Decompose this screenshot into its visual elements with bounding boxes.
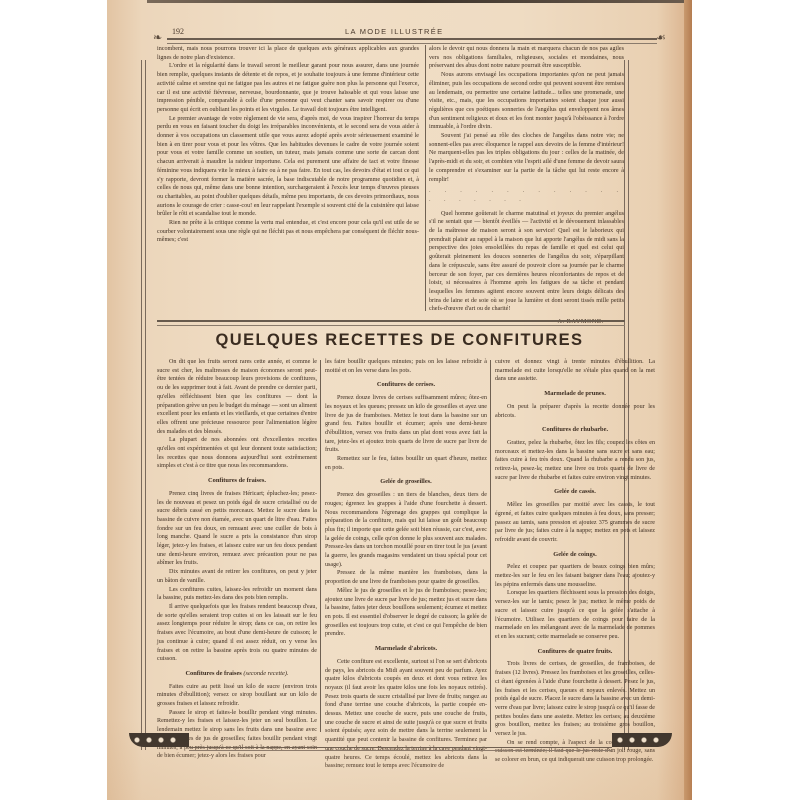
recipe-heading: Confitures de fraises (seconde recette).: [157, 670, 317, 679]
essay-column-2: alors le devoir qui nous donnera la main…: [429, 45, 624, 327]
recipe-heading: Marmelade de prunes.: [495, 390, 655, 399]
recipe-paragraph: Trois livres de cerises, de groseilles, …: [495, 660, 655, 738]
recipe-paragraph: On peut la préparer d'après la recette d…: [495, 403, 655, 420]
intro-paragraph: On dit que les fruits seront rares cette…: [157, 358, 317, 436]
recipe-heading: Confitures de quatre fruits.: [495, 648, 655, 657]
header-rule: [167, 38, 657, 44]
recipe-paragraph: Dix minutes avant de retirer les confitu…: [157, 568, 317, 585]
recipe-paragraph: Prenez cinq livres de fraises Héricart; …: [157, 490, 317, 568]
recipe-paragraph: Grattez, pelez la rhubarbe, ôtez les fil…: [495, 439, 655, 483]
recipes-column-1: On dit que les fruits seront rares cette…: [157, 358, 317, 761]
magazine-page: 192 LA MODE ILLUSTRÉE ❧ ☙ incombent, mai…: [107, 0, 692, 800]
recipe-paragraph: les faire bouillir quelques minutes; pui…: [325, 358, 487, 375]
essay-paragraph: Le premier avantage de votre règlement d…: [157, 115, 419, 219]
section-rule: [157, 320, 625, 326]
recipe-paragraph: Les confitures cuites, laissez-les refro…: [157, 586, 317, 603]
page-number: 192: [172, 27, 184, 36]
recipe-paragraph: Mêlez les groseilles par moitié avec les…: [495, 501, 655, 545]
dotted-separator: . . . . . . . . . . . . . . . . . . . .: [429, 187, 624, 204]
recipe-paragraph: Pressez de la même manière les framboise…: [325, 569, 487, 586]
essay-paragraph: Souvent j'ai pensé au rôle des cloches d…: [429, 132, 624, 184]
essay-paragraph: Nous aurons envisagé les occupations imp…: [429, 71, 624, 132]
recipe-paragraph: Faites cuire au petit lissé un kilo de s…: [157, 683, 317, 709]
essay-paragraph: incombent, mais nous pourrons trouver ic…: [157, 45, 419, 62]
recipe-heading-text: Confitures de fraises: [185, 670, 241, 677]
recipe-paragraph: cuivre et donnez vingt à trente minutes …: [495, 358, 655, 384]
recipe-paragraph: Mêlez le jus de groseilles et le jus de …: [325, 587, 487, 639]
beaded-corner-ornament-icon: [129, 733, 189, 747]
column-separator: [490, 360, 491, 732]
recipe-heading: Confitures de rhubarbe.: [495, 426, 655, 435]
recipe-paragraph: Prenez des groseilles : un tiers de blan…: [325, 491, 487, 569]
recipe-heading: Gelée de coings.: [495, 551, 655, 560]
recipe-paragraph: Cette confiture est excellente, surtout …: [325, 658, 487, 771]
footer-rule: [189, 747, 612, 751]
column-separator: [425, 45, 426, 311]
essay-paragraph: L'ordre et la régularité dans le travail…: [157, 62, 419, 114]
intro-paragraph: La plupart de nos abonnées ont d'excelle…: [157, 436, 317, 471]
left-border-rule: [141, 60, 146, 750]
essay-paragraph: Rien ne prête à la critique comme la ver…: [157, 219, 419, 245]
leaf-ornament-icon: ☙: [656, 31, 666, 44]
recipe-heading-note: (seconde recette).: [243, 670, 288, 677]
essay-paragraph: alors le devoir qui nous donnera la main…: [429, 45, 624, 71]
recipe-heading: Confitures de fraises.: [157, 477, 317, 486]
recipes-column-3: cuivre et donnez vingt à trente minutes …: [495, 358, 655, 765]
recipe-paragraph: Il arrive quelquefois que les fraises re…: [157, 603, 317, 664]
page-edge: [684, 0, 692, 800]
beaded-corner-ornament-icon: [612, 733, 672, 747]
publication-title: LA MODE ILLUSTRÉE: [345, 27, 443, 36]
recipe-paragraph: Pelez et coupez par quartiers de beaux c…: [495, 563, 655, 589]
recipe-heading: Gelée de groseilles.: [325, 478, 487, 487]
recipe-heading: Marmelade d'abricots.: [325, 645, 487, 654]
recipe-heading: Gelée de cassis.: [495, 488, 655, 497]
column-separator: [320, 360, 321, 732]
recipe-paragraph: Prenez douze livres de cerises suffisamm…: [325, 394, 487, 455]
essay-column-1: incombent, mais nous pourrons trouver ic…: [157, 45, 419, 245]
recipe-paragraph: Remettez sur le feu, faites bouillir un …: [325, 455, 487, 472]
essay-paragraph: Quel homme goûterait le charme matutinal…: [429, 210, 624, 314]
previous-page-edge: [147, 0, 687, 3]
recipes-column-2: les faire bouillir quelques minutes; pui…: [325, 358, 487, 771]
section-title: QUELQUES RECETTES DE CONFITURES: [107, 331, 692, 350]
recipe-heading: Confitures de cerises.: [325, 381, 487, 390]
leaf-ornament-icon: ❧: [153, 31, 162, 44]
recipe-paragraph: Lorsque les quartiers fléchissent sous l…: [495, 589, 655, 641]
